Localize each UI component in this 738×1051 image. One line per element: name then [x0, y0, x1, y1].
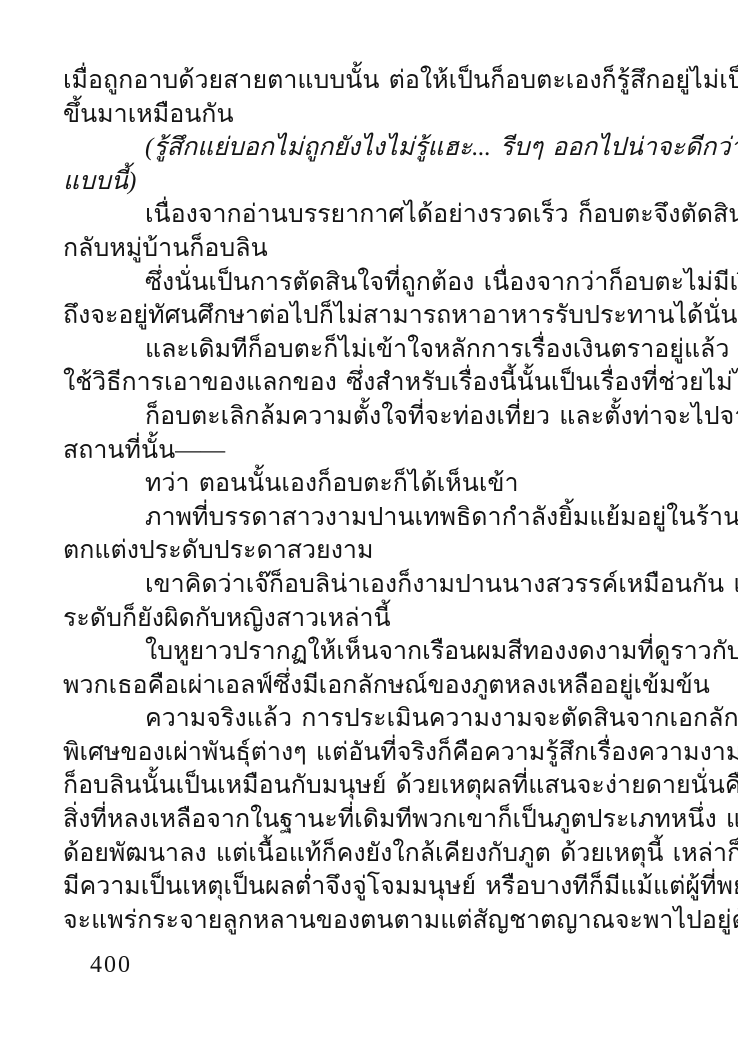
paragraph: (รู้สึกแย่บอกไม่ถูกยังไงไม่รู้แฮะ... รีบ…	[63, 131, 679, 198]
text-line: พิเศษของเผ่าพันธุ์ต่างๆ แต่อันที่จริงก็ค…	[63, 736, 679, 770]
text-line: เขาคิดว่าเจ๊ก็อบลิน่าเองก็งามปานนางสวรรค…	[63, 568, 679, 602]
text-line: สิ่งที่หลงเหลือจากในฐานะที่เดิมทีพวกเขาก…	[63, 803, 679, 837]
text-line: ระดับก็ยังผิดกับหญิงสาวเหล่านี้	[63, 602, 679, 636]
text-body: เมื่อถูกอาบด้วยสายตาแบบนั้น ต่อให้เป็นก็…	[63, 64, 679, 937]
text-line: แบบนี้)	[63, 165, 679, 199]
text-line: ซึ่งนั่นเป็นการตัดสินใจที่ถูกต้อง เนื่อง…	[63, 266, 679, 300]
text-line: ขึ้นมาเหมือนกัน	[63, 98, 679, 132]
text-line: ภาพที่บรรดาสาวงามปานเทพธิดากำลังยิ้มแย้ม…	[63, 501, 679, 535]
book-page: เมื่อถูกอาบด้วยสายตาแบบนั้น ต่อให้เป็นก็…	[0, 0, 738, 1051]
text-line: เนื่องจากอ่านบรรยากาศได้อย่างรวดเร็ว ก็อ…	[63, 198, 679, 232]
text-line: ด้อยพัฒนาลง แต่เนื้อแท้ก็คงยังใกล้เคียงก…	[63, 837, 679, 871]
paragraph: เขาคิดว่าเจ๊ก็อบลิน่าเองก็งามปานนางสวรรค…	[63, 568, 679, 635]
text-line: จะแพร่กระจายลูกหลานของตนตามแต่สัญชาตญาณจ…	[63, 904, 679, 938]
text-line: กลับหมู่บ้านก็อบลิน	[63, 232, 679, 266]
text-line: มีความเป็นเหตุเป็นผลต่ำจึงจู่โจมมนุษย์ ห…	[63, 870, 679, 904]
text-line: ทว่า ตอนนั้นเองก็อบตะก็ได้เห็นเข้า	[63, 467, 679, 501]
paragraph: และเดิมทีก็อบตะก็ไม่เข้าใจหลักการเรื่องเ…	[63, 333, 679, 400]
paragraph: ภาพที่บรรดาสาวงามปานเทพธิดากำลังยิ้มแย้ม…	[63, 501, 679, 568]
text-line: พวกเธอคือเผ่าเอลฟ์ซึ่งมีเอกลักษณ์ของภูตห…	[63, 669, 679, 703]
text-line: ใช้วิธีการเอาของแลกของ ซึ่งสำหรับเรื่องน…	[63, 366, 679, 400]
text-line: ก็อบลินนั้นเป็นเหมือนกับมนุษย์ ด้วยเหตุผ…	[63, 769, 679, 803]
paragraph: เนื่องจากอ่านบรรยากาศได้อย่างรวดเร็ว ก็อ…	[63, 198, 679, 265]
paragraph: ใบหูยาวปรากฏให้เห็นจากเรือนผมสีทองงดงามท…	[63, 635, 679, 702]
paragraph: ทว่า ตอนนั้นเองก็อบตะก็ได้เห็นเข้า	[63, 467, 679, 501]
text-line: และเดิมทีก็อบตะก็ไม่เข้าใจหลักการเรื่องเ…	[63, 333, 679, 367]
text-line: (รู้สึกแย่บอกไม่ถูกยังไงไม่รู้แฮะ... รีบ…	[63, 131, 679, 165]
text-line: สถานที่นั้น——	[63, 434, 679, 468]
paragraph: เมื่อถูกอาบด้วยสายตาแบบนั้น ต่อให้เป็นก็…	[63, 64, 679, 131]
text-line: ใบหูยาวปรากฏให้เห็นจากเรือนผมสีทองงดงามท…	[63, 635, 679, 669]
text-line: ก็อบตะเลิกล้มความตั้งใจที่จะท่องเที่ยว แ…	[63, 400, 679, 434]
text-line: ถึงจะอยู่ทัศนศึกษาต่อไปก็ไม่สามารถหาอาหา…	[63, 299, 679, 333]
paragraph: ซึ่งนั่นเป็นการตัดสินใจที่ถูกต้อง เนื่อง…	[63, 266, 679, 333]
text-line: ตกแต่งประดับประดาสวยงาม	[63, 534, 679, 568]
paragraph: ความจริงแล้ว การประเมินความงามจะตัดสินจา…	[63, 702, 679, 937]
text-line: ความจริงแล้ว การประเมินความงามจะตัดสินจา…	[63, 702, 679, 736]
page-number: 400	[90, 952, 132, 979]
paragraph: ก็อบตะเลิกล้มความตั้งใจที่จะท่องเที่ยว แ…	[63, 400, 679, 467]
text-line: เมื่อถูกอาบด้วยสายตาแบบนั้น ต่อให้เป็นก็…	[63, 64, 679, 98]
